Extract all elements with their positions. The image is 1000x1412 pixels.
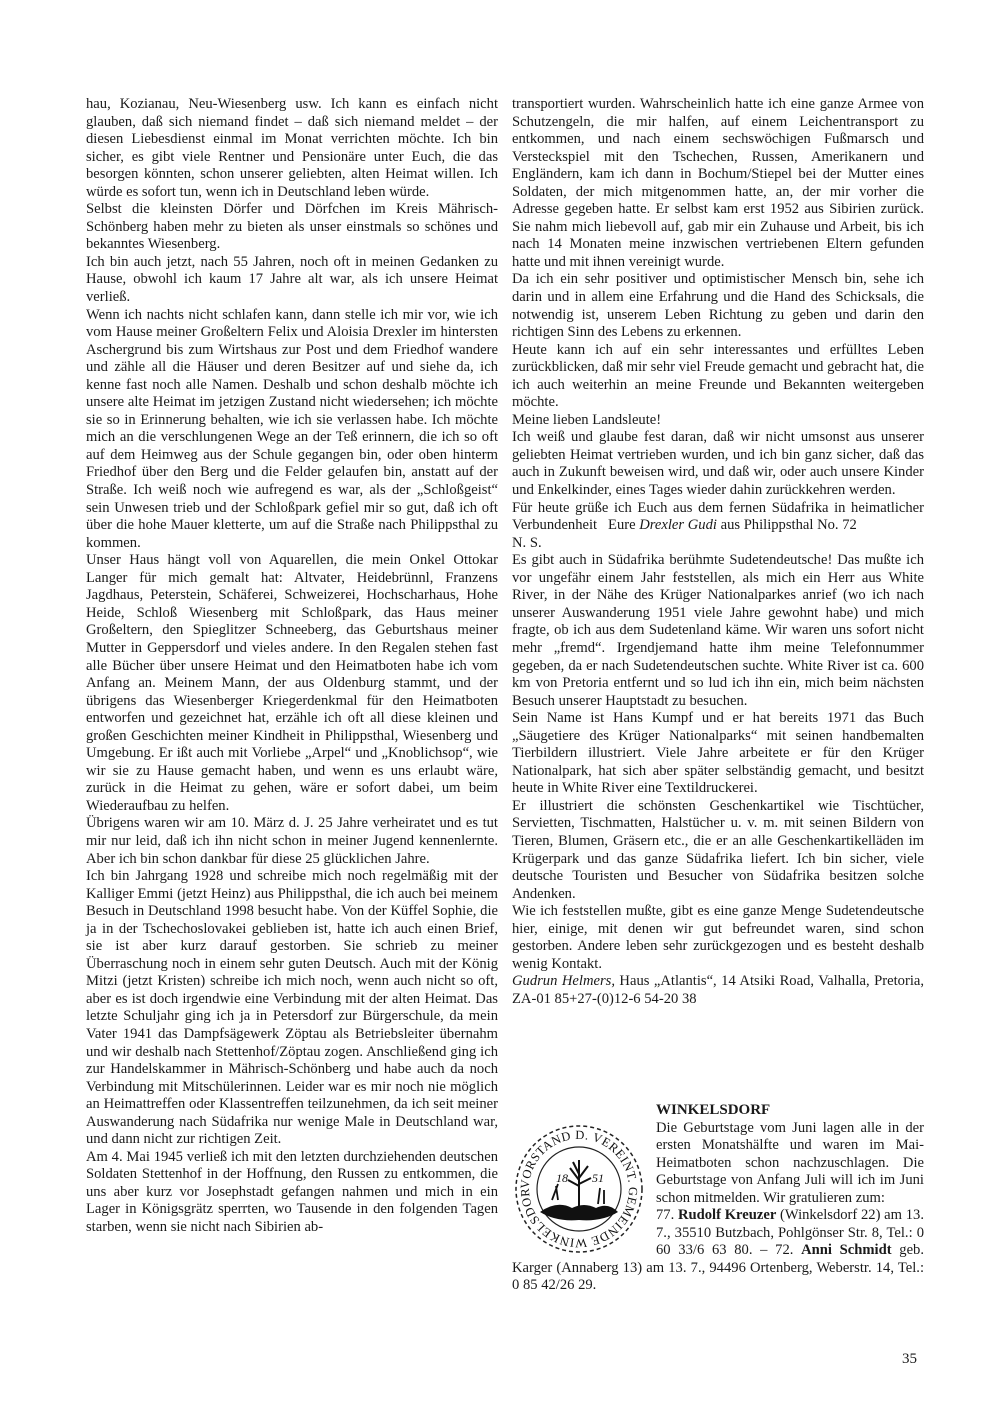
section-heading: WINKELSDORF	[512, 1102, 924, 1120]
right-column: transportiert wurden. Wahrscheinlich hat…	[512, 96, 924, 1008]
salutation: Meine lieben Landsleute!	[512, 412, 924, 430]
paragraph: Ich bin Jahrgang 1928 und schreibe mich …	[86, 868, 498, 1149]
svg-text:51: 51	[592, 1171, 604, 1185]
greeting: Für heute grüße ich Euch aus dem fernen …	[512, 500, 924, 535]
author-name: Gudrun Helmers,	[512, 973, 615, 989]
paragraph: Übrigens waren wir am 10. März d. J. 25 …	[86, 815, 498, 868]
paragraph: Unser Haus hängt voll von Aquarellen, di…	[86, 552, 498, 815]
paragraph: Da ich ein sehr positiver und optimistis…	[512, 271, 924, 341]
paragraph: Ich weiß und glaube fest daran, daß wir …	[512, 429, 924, 499]
svg-text:18: 18	[556, 1171, 568, 1185]
entry-age: 77.	[656, 1207, 678, 1223]
winkelsdorf-section: WINKELSDORF VORSTAND D. VEREINT. GEMEIND…	[512, 1102, 924, 1295]
signature-suffix: aus Philippsthal No. 72	[717, 517, 857, 533]
winkelsdorf-seal-icon: VORSTAND D. VEREINT. GEMEINDE WINKELSDOR…	[512, 1122, 646, 1256]
paragraph: Es gibt auch in Südafrika berühmte Sudet…	[512, 552, 924, 710]
signature-initials: N. S.	[512, 535, 924, 553]
page-number: 35	[902, 1351, 917, 1368]
paragraph: Ich bin auch jetzt, nach 55 Jahren, noch…	[86, 254, 498, 307]
paragraph: Er illustriert die schönsten Geschenkart…	[512, 798, 924, 903]
paragraph: transportiert wurden. Wahrscheinlich hat…	[512, 96, 924, 271]
paragraph: Wenn ich nachts nicht schlafen kann, dan…	[86, 307, 498, 553]
author-line: Gudrun Helmers, Haus „Atlantis“, 14 Atsi…	[512, 973, 924, 1008]
paragraph: Selbst die kleinsten Dörfer und Dörfchen…	[86, 201, 498, 254]
entry-name: Anni Schmidt	[801, 1242, 891, 1258]
left-column: hau, Kozianau, Neu-Wiesenberg usw. Ich k…	[86, 96, 498, 1237]
paragraph: hau, Kozianau, Neu-Wiesenberg usw. Ich k…	[86, 96, 498, 201]
signature-name: Drexler Gudi	[639, 517, 717, 533]
paragraph: Heute kann ich auf ein sehr interessante…	[512, 342, 924, 412]
paragraph: Wie ich feststellen mußte, gibt es eine …	[512, 903, 924, 973]
paragraph: Sein Name ist Hans Kumpf und er hat bere…	[512, 710, 924, 798]
paragraph: Am 4. Mai 1945 verließ ich mit den letzt…	[86, 1149, 498, 1237]
entry-name: Rudolf Kreuzer	[678, 1207, 776, 1223]
